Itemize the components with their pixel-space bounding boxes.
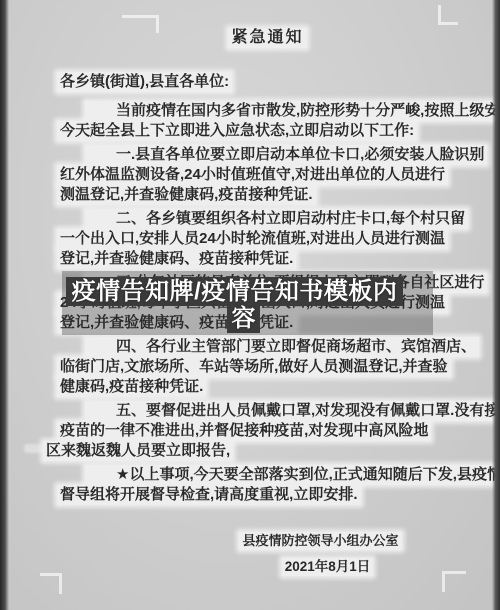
notice-line: 各乡镇(街道),县直各单位: [57,72,478,92]
crop-handle-bottom-left-icon [40,573,62,594]
notice-line-text: 五、要督促进出人员佩戴口罩,对发现没有佩戴口罩.没有接种 [85,401,500,421]
notice-line-text: 各乡镇(街道),县直各单位: [57,72,232,92]
watermark-caption-line2: 容 [227,305,260,333]
notice-title: 紧急通知 [57,28,478,48]
paragraph: 当前疫情在国内多省市散发,防控形势十分严峻,按照上级安排,从今天起全县上下立即进… [57,101,478,141]
notice-line-text: 区来魏返魏人员要立即报告, [43,441,233,461]
notice-line-text: 四、各行业主管部门要立即督促商场超市、宾馆酒店、 [85,337,479,357]
notice-line-text: 当前疫情在国内多省市散发,防控形势十分严峻,按照上级安排,从 [85,101,500,121]
notice-line: 登记,并查验健康码、疫苗接种凭证. [57,249,478,269]
paragraph: 各乡镇(街道),县直各单位: [57,72,478,92]
notice-line-text: 今天起全县上下立即进入应急状态,立即启动以下工作: [57,121,417,141]
signature-row: 县疫情防控领导小组办公室 [57,532,478,550]
notice-line-text: 疫苗的一律不准进出,并督促接种疫苗,对发现中高风险地 [57,421,431,441]
notice-line: 测温登记,并查验健康码,疫苗接种凭证. [57,185,478,205]
date-row: 2021年8月1日 [57,558,478,576]
photo-edge-right [492,0,500,610]
photo-edge-left [0,0,9,610]
paragraph: ★以上事项,今天要全部落实到位,正式通知随后下发,县疫情防控督导组将开展督导检查… [57,465,478,505]
notice-line: 红外体温监测设备,24小时值班值守,对进出单位的人员进行 [57,165,478,185]
crop-handle-top-right-icon [438,5,458,25]
notice-line: 临街门店,文旅场所、车站等场所,做好人员测温登记,并查验 [57,357,478,377]
notice-line: 一.县直各单位要立即启动本单位卡口,必须安装人脸识别 [57,145,478,165]
photographed-notice: 紧急通知 各乡镇(街道),县直各单位:当前疫情在国内多省市散发,防控形势十分严峻… [0,0,500,610]
notice-line: ★以上事项,今天要全部落实到位,正式通知随后下发,县疫情防控 [57,465,478,485]
notice-line-text: 测温登记,并查验健康码,疫苗接种凭证. [57,185,316,205]
notice-line: 今天起全县上下立即进入应急状态,立即启动以下工作: [57,121,478,141]
paragraph: 四、各行业主管部门要立即督促商场超市、宾馆酒店、临街门店,文旅场所、车站等场所,… [57,337,478,397]
crop-handle-top-left-icon [122,15,159,33]
notice-line: 二、各乡镇要组织各村立即启动村庄卡口,每个村只留 [57,209,478,229]
notice-line-text: 临街门店,文旅场所、车站等场所,做好人员测温登记,并查验 [57,357,451,377]
notice-line-text: 健康码,疫苗接种凭证. [57,377,206,397]
notice-line-text: 一个出入口,安排人员24小时轮流值班,对进出人员进行测温 [57,229,448,249]
notice-line-text: ★以上事项,今天要全部落实到位,正式通知随后下发,县疫情防控 [85,465,500,485]
notice-title-text: 紧急通知 [228,28,306,48]
notice-line: 区来魏返魏人员要立即报告, [43,441,478,461]
notice-line: 五、要督促进出人员佩戴口罩,对发现没有佩戴口罩.没有接种 [57,401,478,421]
crop-handle-bottom-right-icon [442,571,466,592]
notice-line-text: 一.县直各单位要立即启动本单位卡口,必须安装人脸识别 [85,145,487,165]
paragraph: 一.县直各单位要立即启动本单位卡口,必须安装人脸识别红外体温监测设备,24小时值… [57,145,478,205]
notice-line-text: 二、各乡镇要组织各村立即启动村庄卡口,每个村只留 [85,209,468,229]
notice-line: 疫苗的一律不准进出,并督促接种疫苗,对发现中高风险地 [57,421,478,441]
notice-line-text: 红外体温监测设备,24小时值班值守,对进出单位的人员进行 [57,165,448,185]
notice-line: 健康码,疫苗接种凭证. [57,377,478,397]
notice-line: 四、各行业主管部门要立即督促商场超市、宾馆酒店、 [57,337,478,357]
paragraph: 二、各乡镇要组织各村立即启动村庄卡口,每个村只留一个出入口,安排人员24小时轮流… [57,209,478,269]
notice-line-text: 登记,并查验健康码、疫苗接种凭证. [57,249,296,269]
notice-line: 督导组将开展督导检查,请高度重视,立即安排. [57,485,478,505]
notice-line-text: 督导组将开展督导检查,请高度重视,立即安排. [57,485,361,505]
notice-line: 一个出入口,安排人员24小时轮流值班,对进出人员进行测温 [57,229,478,249]
paragraph: 五、要督促进出人员佩戴口罩,对发现没有佩戴口罩.没有接种疫苗的一律不准进出,并督… [57,401,478,461]
date-text: 2021年8月1日 [282,558,374,576]
watermark-caption-line1: 疫情告知牌/疫情告知书模板内 [66,277,403,306]
notice-line: 当前疫情在国内多省市散发,防控形势十分严峻,按照上级安排,从 [57,101,478,121]
signature-text: 县疫情防控领导小组办公室 [239,532,401,550]
